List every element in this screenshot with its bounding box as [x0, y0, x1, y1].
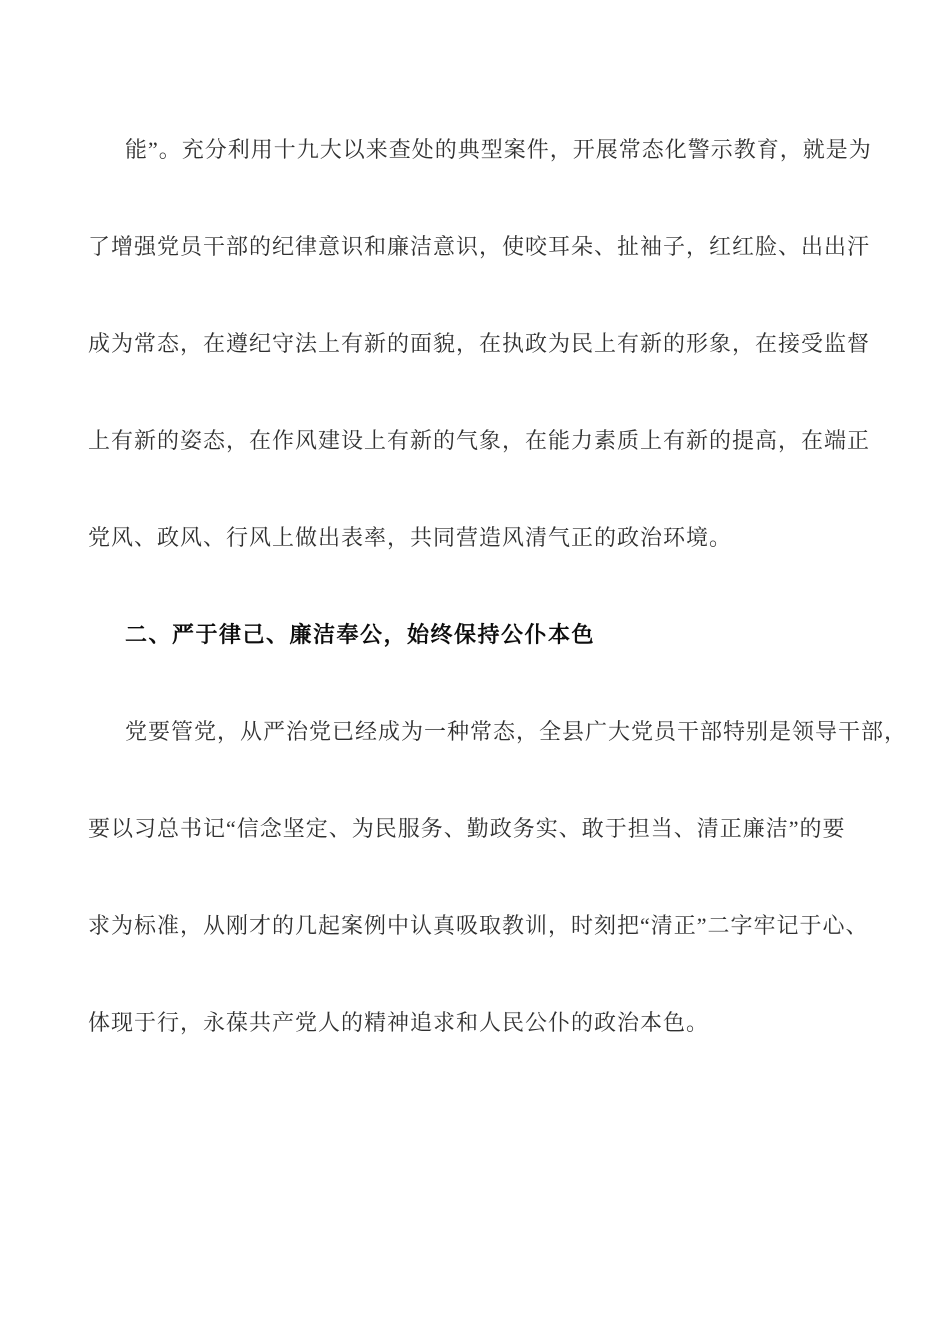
heading-text-line: 二、严于律己、廉洁奉公，始终保持公仆本色	[88, 586, 868, 683]
text-line: 体现于行，永葆共产党人的精神追求和人民公仆的政治本色。	[88, 974, 868, 1071]
text-line: 要以习总书记“信念坚定、为民服务、勤政务实、敢于担当、清正廉洁”的要	[88, 780, 868, 877]
text-line: 党要管党，从严治党已经成为一种常态，全县广大党员干部特别是领导干部，	[88, 683, 868, 780]
text-line: 党风、政风、行风上做出表率，共同营造风清气正的政治环境。	[88, 489, 868, 586]
text-line: 能”。充分利用十九大以来查处的典型案件，开展常态化警示教育，就是为	[88, 101, 868, 198]
document-page: 能”。充分利用十九大以来查处的典型案件，开展常态化警示教育，就是为 了增强党员干…	[0, 0, 950, 1344]
section-heading-2: 二、严于律己、廉洁奉公，始终保持公仆本色	[88, 586, 868, 683]
document-body: 能”。充分利用十九大以来查处的典型案件，开展常态化警示教育，就是为 了增强党员干…	[88, 101, 868, 1071]
text-line: 求为标准，从刚才的几起案例中认真吸取教训，时刻把“清正”二字牢记于心、	[88, 877, 868, 974]
text-line: 上有新的姿态，在作风建设上有新的气象，在能力素质上有新的提高，在端正	[88, 392, 868, 489]
paragraph-1: 能”。充分利用十九大以来查处的典型案件，开展常态化警示教育，就是为 了增强党员干…	[88, 101, 868, 586]
text-line: 了增强党员干部的纪律意识和廉洁意识，使咬耳朵、扯袖子，红红脸、出出汗	[88, 198, 868, 295]
text-line: 成为常态，在遵纪守法上有新的面貌，在执政为民上有新的形象，在接受监督	[88, 295, 868, 392]
paragraph-2: 党要管党，从严治党已经成为一种常态，全县广大党员干部特别是领导干部， 要以习总书…	[88, 683, 868, 1071]
